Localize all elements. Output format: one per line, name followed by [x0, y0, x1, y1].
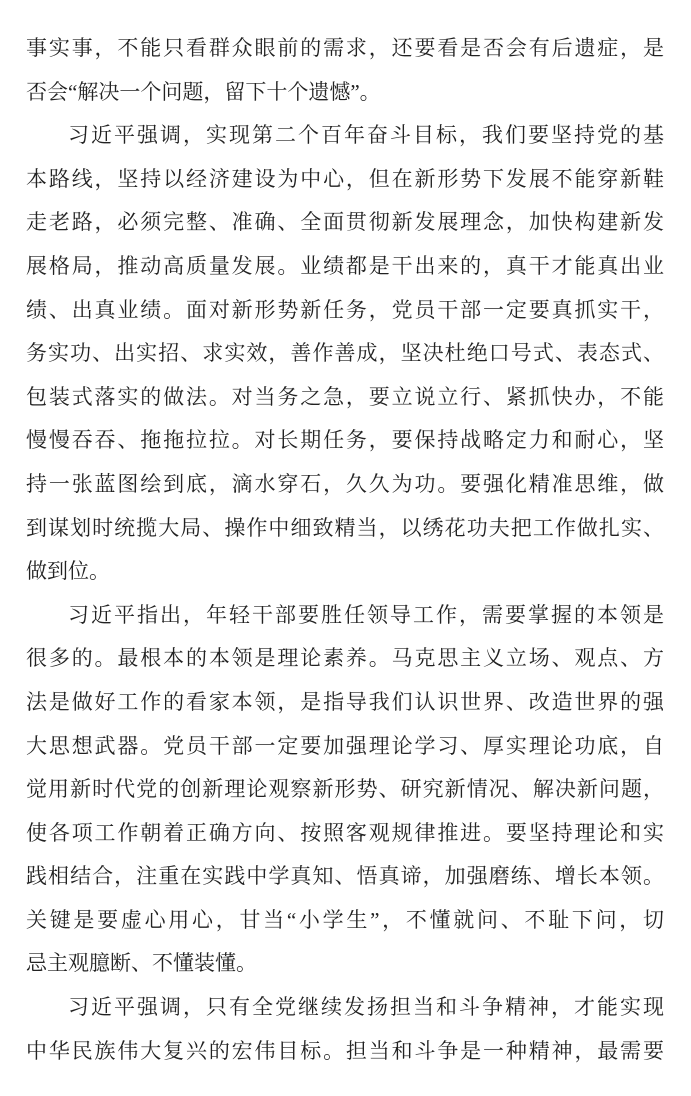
text-line: 慢慢吞吞、拖拖拉拉。对长期任务，要保持战略定力和耐心，坚 — [26, 419, 664, 463]
text-line: 习近平强调，只有全党继续发扬担当和斗争精神，才能实现 — [26, 986, 664, 1030]
text-line: 习近平强调，实现第二个百年奋斗目标，我们要坚持党的基 — [26, 114, 664, 158]
text-line: 走老路，必须完整、准确、全面贯彻新发展理念，加快构建新发 — [26, 201, 664, 245]
text-line: 持一张蓝图绘到底，滴水穿石，久久为功。要强化精准思维，做 — [26, 463, 664, 507]
text-line: 务实功、出实招、求实效，善作善成，坚决杜绝口号式、表态式、 — [26, 332, 664, 376]
paragraph: 习近平强调，只有全党继续发扬担当和斗争精神，才能实现中华民族伟大复兴的宏伟目标。… — [26, 986, 664, 1073]
text-line: 本路线，坚持以经济建设为中心，但在新形势下发展不能穿新鞋 — [26, 158, 664, 202]
paragraph: 习近平指出，年轻干部要胜任领导工作，需要掌握的本领是很多的。最根本的本领是理论素… — [26, 594, 664, 986]
text-line: 到谋划时统揽大局、操作中细致精当，以绣花功夫把工作做扎实、 — [26, 507, 664, 551]
text-line: 否会“解决一个问题，留下十个遗憾”。 — [26, 71, 664, 115]
document-page: 事实事，不能只看群众眼前的需求，还要看是否会有后遗症，是否会“解决一个问题，留下… — [0, 0, 691, 1096]
text-line: 关键是要虚心用心，甘当“小学生”，不懂就问、不耻下问，切 — [26, 899, 664, 943]
text-line: 包装式落实的做法。对当务之急，要立说立行、紧抓快办，不能 — [26, 376, 664, 420]
text-line: 忌主观臆断、不懂装懂。 — [26, 942, 664, 986]
article-text: 事实事，不能只看群众眼前的需求，还要看是否会有后遗症，是否会“解决一个问题，留下… — [26, 27, 664, 1073]
text-line: 中华民族伟大复兴的宏伟目标。担当和斗争是一种精神，最需要 — [26, 1030, 664, 1074]
text-line: 践相结合，注重在实践中学真知、悟真谛，加强磨练、增长本领。 — [26, 855, 664, 899]
text-line: 事实事，不能只看群众眼前的需求，还要看是否会有后遗症，是 — [26, 27, 664, 71]
text-line: 习近平指出，年轻干部要胜任领导工作，需要掌握的本领是 — [26, 594, 664, 638]
text-line: 展格局，推动高质量发展。业绩都是干出来的，真干才能真出业 — [26, 245, 664, 289]
text-line: 法是做好工作的看家本领，是指导我们认识世界、改造世界的强 — [26, 681, 664, 725]
text-line: 大思想武器。党员干部一定要加强理论学习、厚实理论功底，自 — [26, 725, 664, 769]
text-line: 绩、出真业绩。面对新形势新任务，党员干部一定要真抓实干， — [26, 289, 664, 333]
text-line: 使各项工作朝着正确方向、按照客观规律推进。要坚持理论和实 — [26, 812, 664, 856]
paragraph: 事实事，不能只看群众眼前的需求，还要看是否会有后遗症，是否会“解决一个问题，留下… — [26, 27, 664, 114]
text-line: 做到位。 — [26, 550, 664, 594]
paragraph: 习近平强调，实现第二个百年奋斗目标，我们要坚持党的基本路线，坚持以经济建设为中心… — [26, 114, 664, 594]
text-line: 很多的。最根本的本领是理论素养。马克思主义立场、观点、方 — [26, 637, 664, 681]
text-line: 觉用新时代党的创新理论观察新形势、研究新情况、解决新问题， — [26, 768, 664, 812]
